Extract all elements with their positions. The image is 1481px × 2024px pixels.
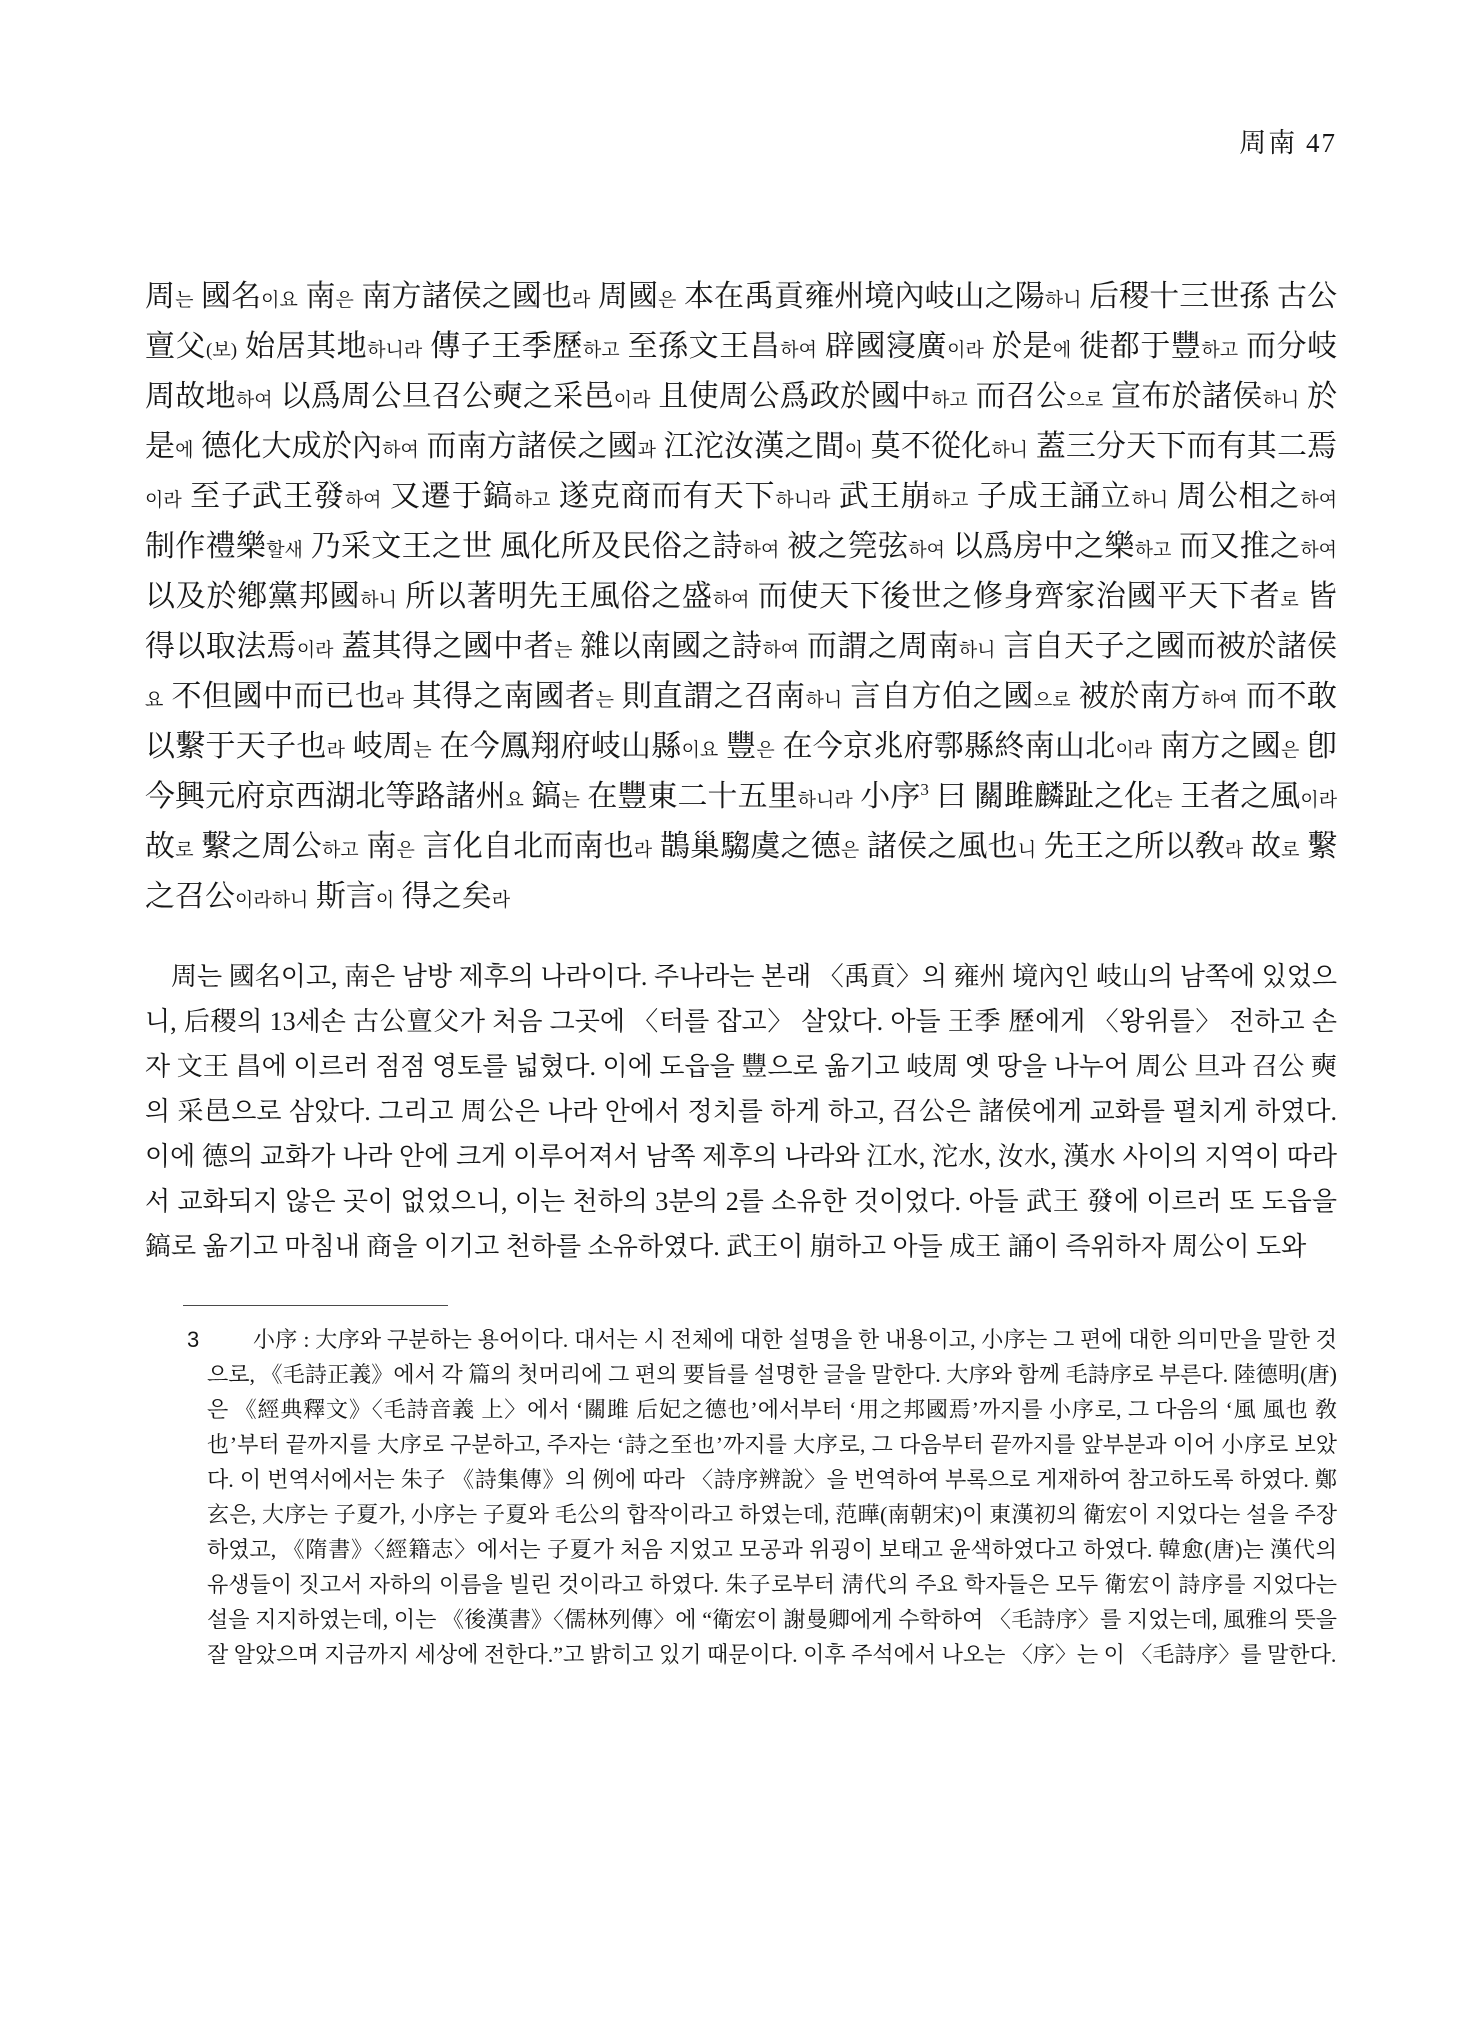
hangul-particle: 하니라 [798, 790, 853, 811]
classical-segment: 雜以南國之詩하여 [580, 630, 799, 663]
classical-segment: 豐은 [726, 730, 775, 763]
classical-segment: 遂克商而有天下하니라 [559, 480, 831, 513]
hangul-particle: 으로 [1034, 690, 1071, 711]
classical-segment: 被於南方하여 [1079, 680, 1238, 713]
hangul-particle: 하여 [780, 340, 817, 361]
hangul-particle: (보) [206, 340, 237, 361]
classical-segment: 莫不從化하니 [871, 430, 1028, 463]
hangul-particle: 이라 [1115, 740, 1152, 761]
hangul-particle: 은 [756, 740, 774, 761]
hangul-particle: 라 [572, 290, 590, 311]
hangul-particle: 이 [376, 890, 394, 911]
classical-segment: 鎬는 [531, 780, 579, 813]
classical-segment: 蓋其得之國中者는 [341, 630, 572, 663]
classical-segment: 子成王誦立하니 [977, 480, 1168, 513]
classical-segment: 在豐東二十五里하니라 [587, 780, 852, 813]
hangul-particle: 은 [658, 290, 676, 311]
hangul-particle: 이라 [614, 390, 651, 411]
hangul-particle: 할새 [266, 540, 303, 561]
classical-segment: 斯言이 [316, 880, 394, 913]
hangul-particle: 이라 [1300, 790, 1337, 811]
classical-segment: 南은 [305, 280, 353, 313]
hangul-particle: 로 [1280, 590, 1298, 611]
hangul-particle: 이요 [261, 290, 298, 311]
classical-segment: 曰 關雎麟趾之化는 [936, 780, 1172, 813]
footnote: 3 小序 : 大序와 구분하는 용어이다. 대서는 시 전체에 대한 설명을 한… [207, 1322, 1337, 1672]
hangul-particle: 과 [638, 440, 656, 461]
classical-segment: 國名이요 [201, 280, 298, 313]
classical-segment: 其得之南國者는 [412, 680, 614, 713]
hangul-particle: 하여 [1201, 690, 1238, 711]
classical-segment: 乃采文王之世 風化所及民俗之詩하여 [311, 530, 780, 563]
classical-segment: 則直謂之召南하니 [622, 680, 842, 713]
classical-segment: 而南方諸侯之國과 [427, 430, 656, 463]
hangul-particle: 하고 [514, 490, 551, 511]
hangul-particle: 하니 [1131, 490, 1168, 511]
hangul-particle: 으로 [1067, 390, 1104, 411]
classical-segment: 先王之所以敎라 [1044, 830, 1243, 863]
classical-segment: 在今鳳翔府岐山縣이요 [439, 730, 718, 763]
translation-paragraph: 周는 國名이고, 南은 남방 제후의 나라이다. 주나라는 본래 〈禹貢〉의 雍… [145, 954, 1337, 1269]
hangul-particle: 에 [1053, 340, 1071, 361]
classical-segment: 辟國寖廣이라 [825, 330, 984, 363]
book-page: 周南 47 周는 國名이요 南은 南方諸侯之國也라 周國은 本在禹貢雍州境內岐山… [145, 0, 1337, 1672]
hangul-particle: 요 [506, 790, 524, 811]
classical-segment: 以爲周公旦召公奭之采邑이라 [280, 380, 650, 413]
hangul-particle: 라 [634, 840, 652, 861]
classical-segment: 而謂之周南하니 [807, 630, 996, 663]
hangul-particle: 하여 [236, 390, 273, 411]
hangul-particle: 이라 [297, 640, 334, 661]
classical-segment: 以爲房中之樂하고 [953, 530, 1172, 563]
hangul-particle: 에 [175, 440, 193, 461]
classical-segment: 被之筦弦하여 [787, 530, 945, 563]
classical-segment: 南은 [366, 830, 415, 863]
hangul-particle: 로 [1281, 840, 1299, 861]
hangul-particle: 하니라 [775, 490, 830, 511]
classical-segment: 不但國中而已也라 [171, 680, 403, 713]
classical-segment: 而召公으로 [976, 380, 1104, 413]
classical-segment: 始居其地하니라 [245, 330, 422, 363]
classical-segment: 至孫文王昌하여 [628, 330, 817, 363]
classical-segment: 南方諸侯之國也라 [361, 280, 590, 313]
hangul-particle: 하니 [1045, 290, 1082, 311]
hangul-particle: 는 [596, 690, 614, 711]
classical-segment: 小序3 [860, 780, 929, 813]
hangul-particle: 라 [1225, 840, 1243, 861]
classical-segment: 岐周는 [353, 730, 432, 763]
hangul-particle: 하여 [908, 540, 945, 561]
hangul-particle: 은 [397, 840, 415, 861]
hangul-particle: 하고 [322, 840, 359, 861]
hangul-particle: 하니라 [367, 340, 422, 361]
classical-segment: 繫之周公하고 [201, 830, 358, 863]
classical-segment: 江沱汝漢之間이 [664, 430, 863, 463]
hangul-particle: 라 [492, 890, 510, 911]
hangul-particle: 이라 [145, 490, 182, 511]
hangul-particle: 는 [175, 290, 193, 311]
hangul-particle: 이라 [947, 340, 984, 361]
classical-segment: 而又推之하여 [1179, 530, 1337, 563]
classical-segment: 以及於鄕黨邦國하니 [145, 580, 397, 613]
hangul-particle: 로 [175, 840, 193, 861]
classical-segment: 鵲巢騶虞之德은 [660, 830, 859, 863]
classical-segment: 又遷于鎬하고 [390, 480, 550, 513]
hangul-particle: 하고 [1201, 340, 1238, 361]
hangul-particle: 하고 [1135, 540, 1172, 561]
hangul-particle: 라 [327, 740, 345, 761]
hangul-particle: 요 [145, 690, 163, 711]
classical-segment: 言化自北而南也라 [423, 830, 653, 863]
classical-segment: 德化大成於內하여 [201, 430, 419, 463]
footnote-text: 小序 : 大序와 구분하는 용어이다. 대서는 시 전체에 대한 설명을 한 내… [207, 1322, 1337, 1672]
classical-segment: 制作禮樂할새 [145, 530, 303, 563]
footnote-divider [183, 1305, 448, 1306]
footnote-reference: 3 [920, 780, 929, 799]
hangul-particle: 는 [413, 740, 431, 761]
classical-segment: 南方之國은 [1160, 730, 1299, 763]
hangul-particle: 이라하니 [235, 890, 308, 911]
hangul-particle: 는 [561, 790, 579, 811]
classical-segment: 傳子王季歷하고 [430, 330, 619, 363]
hangul-particle: 하고 [583, 340, 620, 361]
hangul-particle: 하여 [762, 640, 799, 661]
hangul-particle: 이요 [682, 740, 719, 761]
hangul-particle: 이 [845, 440, 863, 461]
classical-segment: 而使天下後世之修身齊家治國平天下者로 [758, 580, 1299, 613]
classical-segment: 故로 [1251, 830, 1300, 863]
page-number-header: 周南 47 [145, 0, 1337, 158]
classical-segment: 故로 [145, 830, 194, 863]
hangul-particle: 는 [1154, 790, 1172, 811]
hangul-particle: 하고 [931, 390, 968, 411]
classical-segment: 於是에 [992, 330, 1071, 363]
hangul-particle: 하여 [382, 440, 419, 461]
classical-segment: 王者之風이라 [1180, 780, 1337, 813]
classical-segment: 言自方伯之國으로 [850, 680, 1070, 713]
hangul-particle: 은 [336, 290, 354, 311]
hangul-particle: 라 [386, 690, 404, 711]
hangul-particle: 하니 [360, 590, 397, 611]
classical-segment: 宣布於諸侯하니 [1111, 380, 1299, 413]
hangul-particle: 하여 [743, 540, 780, 561]
classical-segment: 周公相之하여 [1177, 480, 1337, 513]
classical-text-paragraph: 周는 國名이요 南은 南方諸侯之國也라 周國은 本在禹貢雍州境內岐山之陽하니 后… [145, 274, 1337, 924]
hangul-particle: 은 [841, 840, 859, 861]
hangul-particle: 하고 [932, 490, 969, 511]
hangul-particle: 하니 [806, 690, 843, 711]
classical-segment: 在今京兆府鄠縣終南山北이라 [783, 730, 1153, 763]
hangul-particle: 하여 [345, 490, 382, 511]
footnote-number: 3 [187, 1322, 199, 1357]
hangul-particle: 하니 [991, 440, 1028, 461]
classical-segment: 徙都于豐하고 [1079, 330, 1238, 363]
hangul-particle: 하여 [713, 590, 750, 611]
classical-segment: 武王崩하고 [839, 480, 969, 513]
hangul-particle: 은 [1281, 740, 1299, 761]
classical-segment: 本在禹貢雍州境內岐山之陽하니 [684, 280, 1082, 313]
classical-segment: 諸侯之風也니 [867, 830, 1036, 863]
hangul-particle: 하여 [1300, 540, 1337, 561]
classical-segment: 且使周公爲政於國中하고 [658, 380, 967, 413]
hangul-particle: 하니 [1263, 390, 1300, 411]
classical-segment: 至子武王發하여 [190, 480, 381, 513]
hangul-particle: 하니 [959, 640, 996, 661]
classical-segment: 周國은 [598, 280, 677, 313]
hangul-particle: 니 [1018, 840, 1036, 861]
classical-segment: 周는 [145, 280, 193, 313]
hangul-particle: 는 [554, 640, 572, 661]
hangul-particle: 하여 [1300, 490, 1337, 511]
classical-segment: 得之矣라 [402, 880, 510, 913]
classical-segment: 所以著明先王風俗之盛하여 [405, 580, 749, 613]
